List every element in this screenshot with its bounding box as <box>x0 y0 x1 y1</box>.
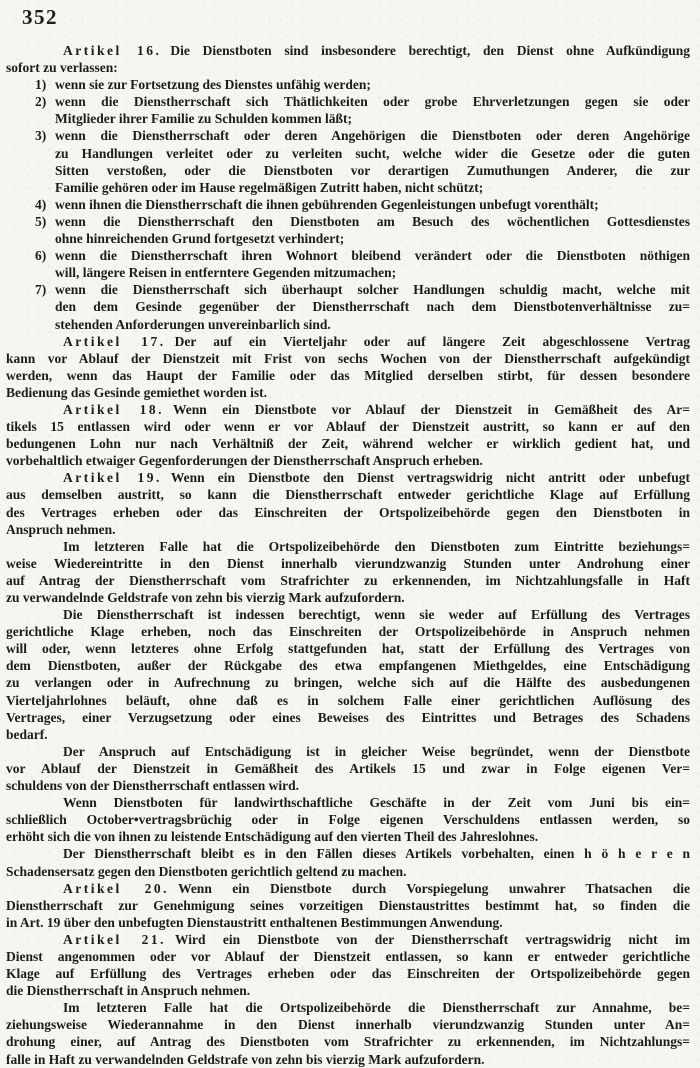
paragraph: Im letzteren Falle hat die Ortspolizeibe… <box>6 538 690 606</box>
paragraph: Artikel 20.Wenn ein Dienstbote durch Vor… <box>6 880 690 931</box>
paragraph: Artikel 18.Wenn ein Dienstbote vor Ablau… <box>6 401 690 469</box>
text-line: Artikel 19.Wenn ein Dienstbote den Diens… <box>6 469 690 486</box>
text-line: erhöht sich die von ihnen zu leistende E… <box>6 828 690 845</box>
text-line: Vierteljahrlohnes beläuft, ohne daß es i… <box>6 692 690 709</box>
line-text: Wenn ein Dienstbote den Dienst vertragsw… <box>171 470 690 485</box>
paragraph: Im letzteren Falle hat die Ortspolizeibe… <box>6 999 690 1067</box>
text-line: Bedienung das Gesinde gemiethet worden i… <box>6 384 690 401</box>
article-label: Artikel 20. <box>63 881 169 896</box>
text-line: wenn die Dienstherrschaft ihren Wohnort … <box>55 247 690 264</box>
list-item: 6)wenn die Dienstherrschaft ihren Wohnor… <box>6 247 690 281</box>
text-line: vor Ablauf der Dienstzeit in Gemäßheit d… <box>6 760 690 777</box>
paragraph: Artikel 17.Der auf ein Vierteljahr oder … <box>6 333 690 401</box>
text-line: die Dienstherrschaft in Anspruch nehmen. <box>6 982 690 999</box>
text-line: Wenn Dienstboten für landwirthschaftlich… <box>6 794 690 811</box>
list-item: 1)wenn sie zur Fortsetzung des Dienstes … <box>6 76 690 93</box>
text-line: ziehungsweise Wiederannahme in den Diens… <box>6 1016 690 1033</box>
text-line: Artikel 16.Die Dienstboten sind insbeson… <box>6 42 690 59</box>
list-marker: 7) <box>6 281 55 298</box>
text-line: wenn die Dienstherrschaft den Dienstbote… <box>55 213 690 230</box>
paragraph: Artikel 16.Die Dienstboten sind insbeson… <box>6 42 690 76</box>
text-line: den dem Gesinde gegenüber der Dienstherr… <box>55 298 690 315</box>
article-label: Artikel 17. <box>63 334 166 349</box>
list-item: 3)wenn die Dienstherrschaft oder deren A… <box>6 127 690 195</box>
text-line: Im letzteren Falle hat die Ortspolizeibe… <box>6 999 690 1016</box>
text-line: weise Wiedereintritte in den Dienst inne… <box>6 555 690 572</box>
text-line: Klage auf Erfüllung des Vertrages erhebe… <box>6 965 690 982</box>
list-marker: 5) <box>6 213 55 230</box>
text-line: zu verlangen oder in Aufrechnung zu brin… <box>6 674 690 691</box>
list-item-body: wenn die Dienstherrschaft oder deren Ang… <box>55 127 690 195</box>
text-line: kann vor Ablauf der Dienstzeit mit Frist… <box>6 350 690 367</box>
list-item: 5)wenn die Dienstherrschaft den Dienstbo… <box>6 213 690 247</box>
text-line: Vertrages, einer Verzugsetzung oder eine… <box>6 709 690 726</box>
text-line: wenn die Dienstherrschaft sich Thätlichk… <box>55 93 690 110</box>
text-line: Der Dienstherrschaft bleibt es in den Fä… <box>6 845 690 862</box>
text-line: bedungenen Lohn nur nach Verhältniß der … <box>6 435 690 452</box>
text-line: auf Antrag der Dienstherrschaft vom Stra… <box>6 572 690 589</box>
text-line: Der Anspruch auf Entschädigung ist in gl… <box>6 743 690 760</box>
list-item-body: wenn ihnen die Dienstherrschaft die ihne… <box>55 196 690 213</box>
paragraph: Die Dienstherrschaft ist indessen berech… <box>6 606 690 743</box>
text-line: Artikel 20.Wenn ein Dienstbote durch Vor… <box>6 880 690 897</box>
paragraph: Artikel 19.Wenn ein Dienstbote den Diens… <box>6 469 690 537</box>
text-line: Dienstherrschaft zur Genehmigung seines … <box>6 897 690 914</box>
text-line: drohung einer, auf Antrag des Dienstbote… <box>6 1033 690 1050</box>
text-line: vorbehaltlich etwaiger Gegenforderungen … <box>6 452 690 469</box>
page-number: 352 <box>22 5 58 30</box>
list-marker: 4) <box>6 196 55 213</box>
line-text: Der auf ein Vierteljahr oder auf längere… <box>175 334 690 349</box>
list-item-body: wenn sie zur Fortsetzung des Dienstes un… <box>55 76 690 93</box>
text-line: Artikel 17.Der auf ein Vierteljahr oder … <box>6 333 690 350</box>
paragraph: Der Anspruch auf Entschädigung ist in gl… <box>6 743 690 794</box>
text-line: Schadensersatz gegen den Dienstboten ger… <box>6 863 690 880</box>
text-line: Im letzteren Falle hat die Ortspolizeibe… <box>6 538 690 555</box>
paragraph: Wenn Dienstboten für landwirthschaftlich… <box>6 794 690 845</box>
text-line: gerichtliche Klage erheben, noch das Ein… <box>6 623 690 640</box>
text-line: tikels 15 entlassen wird oder wenn er vo… <box>6 418 690 435</box>
text-line: wenn sie zur Fortsetzung des Dienstes un… <box>55 76 690 93</box>
article-label: Artikel 18. <box>63 402 164 417</box>
text-line: Mitglieder ihrer Familie zu Schulden kom… <box>55 110 690 127</box>
text-line: werden, wenn das Haupt der Familie oder … <box>6 367 690 384</box>
scanned-document-page: { "page": { "number": "352" }, "colors":… <box>0 0 700 1068</box>
list-marker: 3) <box>6 127 55 144</box>
text-line: Artikel 18.Wenn ein Dienstbote vor Ablau… <box>6 401 690 418</box>
list-item-body: wenn die Dienstherrschaft sich überhaupt… <box>55 281 690 332</box>
text-line: Dienst angenommen oder vor Ablauf der Di… <box>6 948 690 965</box>
document-body: Artikel 16.Die Dienstboten sind insbeson… <box>6 42 690 1068</box>
article-label: Artikel 19. <box>63 470 162 485</box>
text-line: Sitten verstoßen, oder die Dienstboten v… <box>55 162 690 179</box>
text-line: stehenden Anforderungen unvereinbarlich … <box>55 316 690 333</box>
list-marker: 6) <box>6 247 55 264</box>
text-line: schließlich October•vertragsbrüchig oder… <box>6 811 690 828</box>
text-line: wenn ihnen die Dienstherrschaft die ihne… <box>55 196 690 213</box>
paragraph: Artikel 21.Wird ein Dienstbote von der D… <box>6 931 690 999</box>
text-line: schuldens von der Dienstherrschaft entla… <box>6 777 690 794</box>
text-line: falle in Haft zu verwandelnden Geldstraf… <box>6 1051 690 1068</box>
article-label: Artikel 21. <box>63 932 166 947</box>
line-text: Wird ein Dienstbote von der Dienstherrsc… <box>175 932 690 947</box>
text-line: Artikel 21.Wird ein Dienstbote von der D… <box>6 931 690 948</box>
line-text: Wenn ein Dienstbote vor Ablauf der Diens… <box>173 402 690 417</box>
list-item-body: wenn die Dienstherrschaft den Dienstbote… <box>55 213 690 247</box>
list-item-body: wenn die Dienstherrschaft ihren Wohnort … <box>55 247 690 281</box>
text-line: des Vertrages erheben oder das Einschrei… <box>6 504 690 521</box>
text-line: aus demselben austritt, so kann die Dien… <box>6 486 690 503</box>
text-line: Familie gehören oder im Hause regelmäßig… <box>55 179 690 196</box>
list-item: 2)wenn die Dienstherrschaft sich Thätlic… <box>6 93 690 127</box>
text-line: zu Handlungen verleitet oder zu verleite… <box>55 145 690 162</box>
list-item-body: wenn die Dienstherrschaft sich Thätlichk… <box>55 93 690 127</box>
line-text: Wenn ein Dienstbote durch Vorspiegelung … <box>178 881 690 896</box>
text-line: dem Dienstboten, außer der Rückgabe des … <box>6 657 690 674</box>
text-line: bedarf. <box>6 726 690 743</box>
text-line: Die Dienstherrschaft ist indessen berech… <box>6 606 690 623</box>
text-line: wenn die Dienstherrschaft sich überhaupt… <box>55 281 690 298</box>
article-label: Artikel 16. <box>63 43 161 58</box>
list-item: 7)wenn die Dienstherrschaft sich überhau… <box>6 281 690 332</box>
list-marker: 2) <box>6 93 55 110</box>
text-line: wenn die Dienstherrschaft oder deren Ang… <box>55 127 690 144</box>
text-line: Anspruch nehmen. <box>6 521 690 538</box>
list-item: 4)wenn ihnen die Dienstherrschaft die ih… <box>6 196 690 213</box>
list-marker: 1) <box>6 76 55 93</box>
text-line: ohne hinreichenden Grund fortgesetzt ver… <box>55 230 690 247</box>
text-line: will, längere Reisen in entferntere Gege… <box>55 264 690 281</box>
text-line: in Art. 19 über den unbefugten Dienstaus… <box>6 914 690 931</box>
text-line: sofort zu verlassen: <box>6 59 690 76</box>
paragraph: Der Dienstherrschaft bleibt es in den Fä… <box>6 845 690 879</box>
text-line: will oder, wenn letzteres ohne Erfolg st… <box>6 640 690 657</box>
line-text: Die Dienstboten sind insbesondere berech… <box>170 43 690 58</box>
text-line: zu verwandelnde Geldstrafe von zehn bis … <box>6 589 690 606</box>
